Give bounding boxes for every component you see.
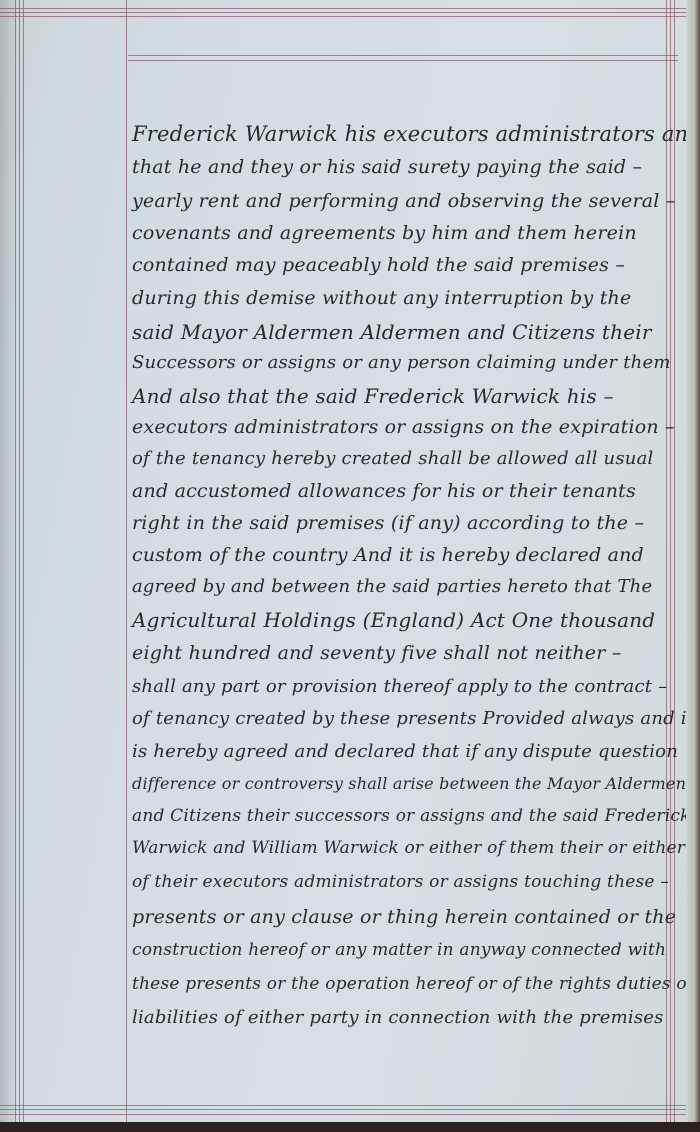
- text-line: Successors or assigns or any person clai…: [132, 352, 671, 373]
- left-margin-rule-3: [23, 0, 24, 1122]
- text-line: and accustomed allowances for his or the…: [132, 480, 636, 502]
- bottom-rule-2: [0, 1109, 688, 1110]
- text-line: that he and they or his said surety payi…: [132, 156, 642, 178]
- text-line: difference or controversy shall arise be…: [132, 774, 686, 793]
- text-line: Warwick and William Warwick or either of…: [132, 838, 685, 858]
- text-line: custom of the country And it is hereby d…: [132, 544, 644, 566]
- top-rule-3: [0, 16, 688, 17]
- text-line: shall any part or provision thereof appl…: [132, 676, 667, 697]
- text-margin-rule: [126, 0, 127, 1122]
- text-line: contained may peaceably hold the said pr…: [132, 254, 625, 276]
- text-line: is hereby agreed and declared that if an…: [132, 741, 678, 762]
- text-line: of tenancy created by these presents Pro…: [132, 708, 694, 729]
- text-line: during this demise without any interrupt…: [132, 287, 631, 309]
- page-right-edge: [686, 0, 700, 1132]
- top-rule-1: [0, 8, 688, 9]
- left-margin-rule-1: [15, 0, 16, 1122]
- text-line: of their executors administrators or ass…: [132, 872, 669, 892]
- text-line: yearly rent and performing and observing…: [132, 190, 675, 212]
- text-line: And also that the said Frederick Warwick…: [132, 384, 614, 408]
- text-line: Agricultural Holdings (England) Act One …: [132, 608, 655, 632]
- text-line: covenants and agreements by him and them…: [132, 222, 637, 244]
- text-line: and Citizens their successors or assigns…: [132, 806, 691, 826]
- text-line: these presents or the operation hereof o…: [132, 974, 700, 994]
- top-rule-2: [0, 12, 688, 13]
- page-bottom-edge: [0, 1122, 700, 1132]
- text-line: right in the said premises (if any) acco…: [132, 512, 644, 534]
- right-margin-rule-2: [670, 0, 671, 1122]
- header-rule-2: [128, 60, 678, 61]
- text-line: eight hundred and seventy five shall not…: [132, 642, 621, 664]
- left-margin-rule-2: [19, 0, 20, 1122]
- text-line: said Mayor Aldermen Aldermen and Citizen…: [132, 320, 652, 344]
- document-page: Frederick Warwick his executors administ…: [0, 0, 688, 1122]
- bottom-rule-1: [0, 1105, 688, 1106]
- text-line: presents or any clause or thing herein c…: [132, 906, 676, 928]
- text-line: of the tenancy hereby created shall be a…: [132, 448, 653, 469]
- right-margin-rule-3: [674, 0, 675, 1122]
- bottom-rule-3: [0, 1114, 688, 1115]
- header-rule-1: [128, 55, 678, 56]
- text-line: construction hereof or any matter in any…: [132, 940, 666, 960]
- text-line: executors administrators or assigns on t…: [132, 416, 675, 438]
- text-line: Frederick Warwick his executors administ…: [132, 122, 700, 146]
- text-line: agreed by and between the said parties h…: [132, 576, 652, 597]
- text-line: liabilities of either party in connectio…: [132, 1007, 664, 1028]
